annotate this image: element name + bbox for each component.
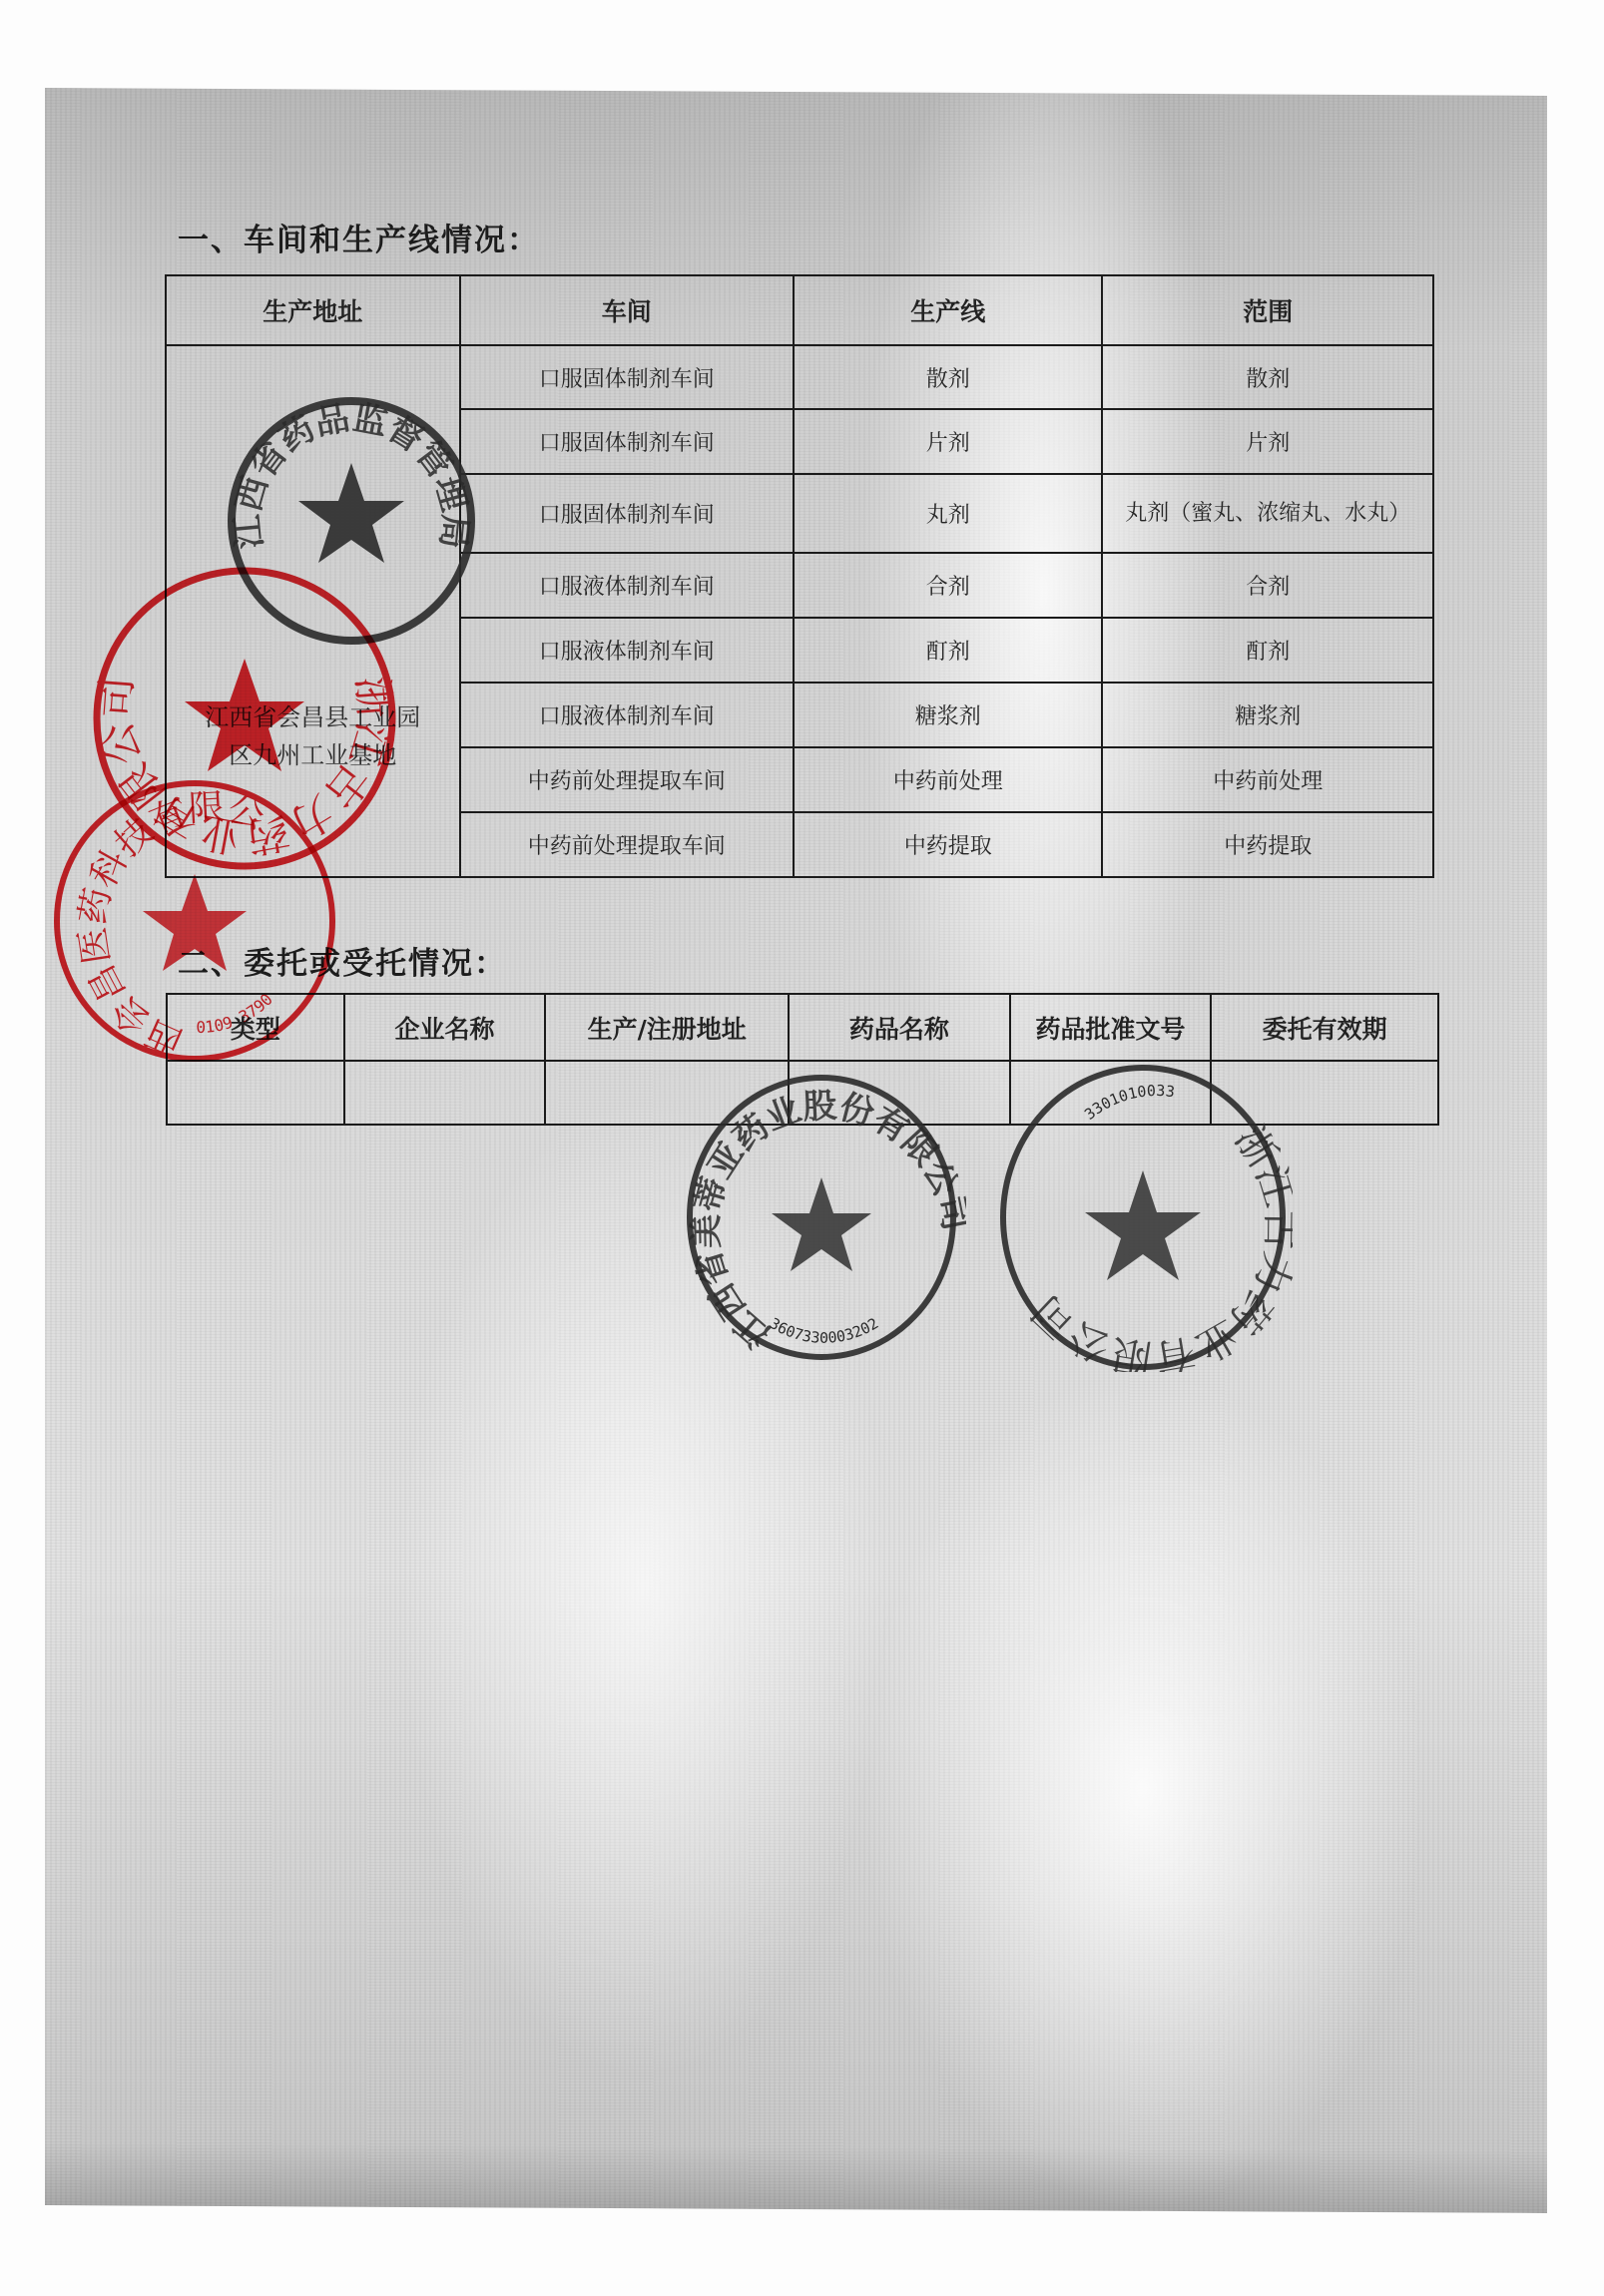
company-name-cell [344,1061,546,1125]
validity-period-cell [1211,1061,1438,1125]
header-company-name: 企业名称 [344,994,546,1061]
workshop-cell: 口服液体制剂车间 [460,553,794,618]
header-workshop: 车间 [460,275,794,345]
address-line-1: 江西省会昌县工业园 [173,698,453,736]
scope-cell: 糖浆剂 [1102,683,1433,747]
header-scope: 范围 [1102,275,1433,345]
header-drug-name: 药品名称 [789,994,1010,1061]
workshop-cell: 口服液体制剂车间 [460,683,794,747]
line-cell: 丸剂 [794,474,1102,553]
section2-title: 二、委托或受托情况： [178,938,507,983]
header-type: 类型 [167,994,344,1061]
workshop-table: 生产地址 车间 生产线 范围 江西省会昌县工业园 区九州工业基地 口服固体制剂车… [165,274,1434,878]
line-cell: 散剂 [794,345,1102,409]
address-line-2: 区九州工业基地 [173,736,453,774]
workshop-cell: 口服固体制剂车间 [460,474,794,553]
scope-cell: 散剂 [1102,345,1433,409]
workshop-cell: 口服固体制剂车间 [460,345,794,409]
header-validity-period: 委托有效期 [1211,994,1438,1061]
workshop-cell: 中药前处理提取车间 [460,812,794,877]
address-cell [545,1061,789,1125]
line-cell: 合剂 [794,553,1102,618]
scope-cell: 酊剂 [1102,618,1433,683]
header-line: 生产线 [794,275,1102,345]
header-address: 生产/注册地址 [545,994,789,1061]
scope-cell: 片剂 [1102,409,1433,474]
table-header-row: 生产地址 车间 生产线 范围 [166,275,1433,345]
entrustment-table: 类型 企业名称 生产/注册地址 药品名称 药品批准文号 委托有效期 [166,993,1439,1126]
scope-cell: 中药提取 [1102,812,1433,877]
table-row: 江西省会昌县工业园 区九州工业基地 口服固体制剂车间 散剂 散剂 [166,345,1433,409]
table-header-row: 类型 企业名称 生产/注册地址 药品名称 药品批准文号 委托有效期 [167,994,1438,1061]
workshop-cell: 中药前处理提取车间 [460,747,794,812]
workshop-cell: 口服固体制剂车间 [460,409,794,474]
line-cell: 中药提取 [794,812,1102,877]
section1-title: 一、车间和生产线情况： [178,215,540,259]
drug-name-cell [789,1061,1010,1125]
line-cell: 糖浆剂 [794,683,1102,747]
line-cell: 中药前处理 [794,747,1102,812]
header-address: 生产地址 [166,275,460,345]
scope-cell: 中药前处理 [1102,747,1433,812]
production-address: 江西省会昌县工业园 区九州工业基地 [166,345,460,877]
approval-number-cell [1010,1061,1212,1125]
scope-cell: 丸剂（蜜丸、浓缩丸、水丸） [1102,474,1433,553]
table-row [167,1061,1438,1125]
scope-cell: 合剂 [1102,553,1433,618]
line-cell: 片剂 [794,409,1102,474]
line-cell: 酊剂 [794,618,1102,683]
type-cell [167,1061,344,1125]
header-approval-number: 药品批准文号 [1010,994,1212,1061]
workshop-cell: 口服液体制剂车间 [460,618,794,683]
